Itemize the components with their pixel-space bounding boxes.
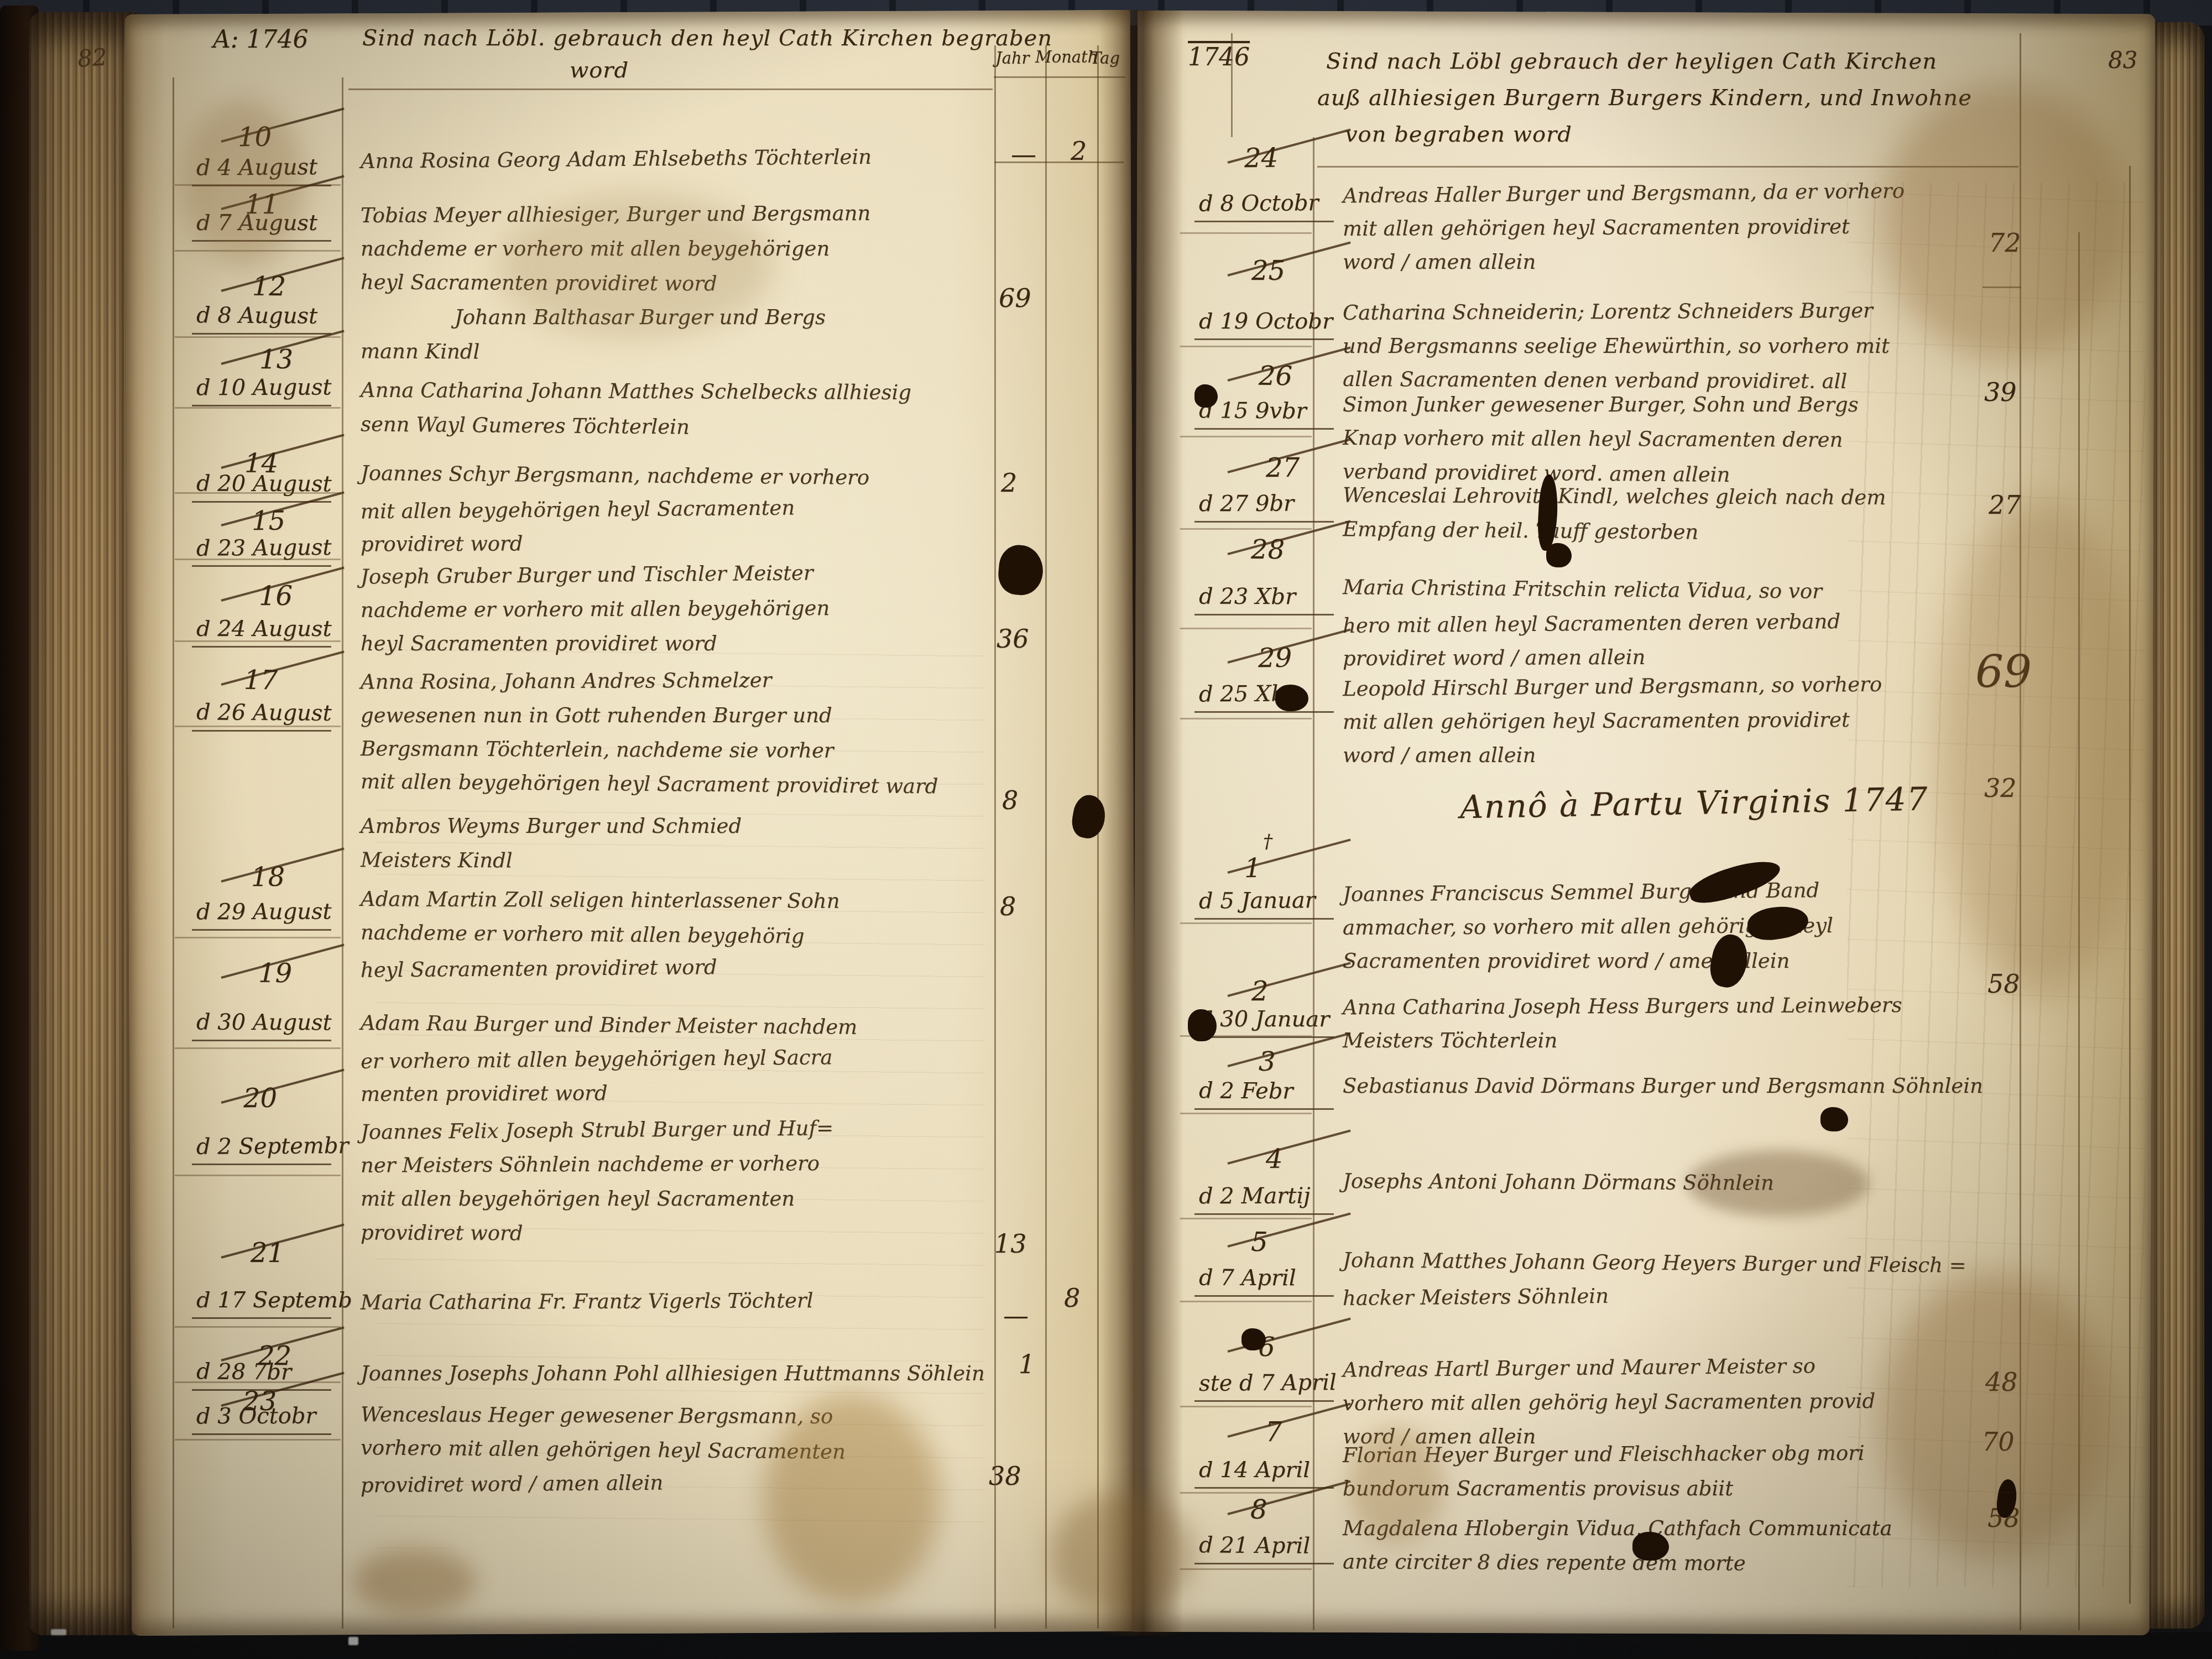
entry-text-line: nachdeme er vorhero mit allen beygehörig…	[361, 237, 830, 260]
manuscript-photo: 82 A: 1746 Sind nach Löbl. gebrauch den …	[0, 0, 2212, 1659]
date-underline	[192, 1164, 331, 1165]
entry-separator	[1180, 1568, 1312, 1570]
ruled-line-horizontal	[348, 88, 993, 90]
entry-date: d 17 Septemb	[196, 1287, 352, 1313]
entry-separator	[175, 492, 341, 494]
entry-text-line: Anna Catharina Johann Matthes Schelbecks…	[361, 378, 911, 404]
entry-text-line: word / amen allein	[1343, 250, 1536, 274]
year-label-left: A: 1746	[213, 25, 309, 54]
ink-blot	[1188, 1009, 1217, 1041]
entry-separator	[175, 1175, 341, 1176]
entry-text-line: Anna Rosina, Johann Andres Schmelzer	[361, 668, 772, 693]
entry-text-line: providiret word	[361, 1220, 523, 1245]
ruled-line-horizontal	[1317, 166, 2018, 168]
entry-text-line: Joseph Gruber Burger und Tischler Meiste…	[361, 561, 813, 588]
entry-separator	[175, 1381, 341, 1383]
chalk-mark	[51, 1629, 66, 1635]
entry-text-line: Joannes Josephs Johann Pohl allhiesigen …	[361, 1361, 985, 1385]
ruled-line-vertical	[2078, 232, 2080, 1630]
ruled-line-horizontal	[994, 76, 1125, 78]
page-number-right: 83	[2108, 46, 2137, 74]
entry-date: d 7 August	[196, 210, 317, 236]
entry-text-line: mit allen gehörigen heyl Sacramenten pro…	[1343, 708, 1850, 734]
age-number: 48	[1985, 1367, 2018, 1397]
entry-text-line: hacker Meisters Söhnlein	[1343, 1284, 1609, 1310]
entry-text-line: allen Sacramenten denen verband providir…	[1343, 367, 1847, 393]
age-number: 32	[1984, 773, 2017, 803]
entry-text-line: providiret word	[361, 531, 523, 556]
entry-text-line: mann Kindl	[361, 340, 480, 364]
age-number: 69	[1975, 646, 2032, 697]
entry-separator	[1180, 436, 1312, 437]
entry-text-line: Knap vorhero mit allen heyl Sacramenten …	[1343, 426, 1843, 452]
entry-number: 24	[1244, 143, 1279, 174]
ruled-line-vertical	[2020, 33, 2021, 1630]
entry-date: d 24 August	[196, 616, 332, 641]
date-underline	[192, 240, 331, 242]
age-number: 1	[1019, 1349, 1035, 1379]
entry-separator	[1180, 346, 1312, 347]
entry-separator	[175, 726, 341, 727]
entry-date: d 23 Xbr	[1199, 584, 1296, 610]
page-number-left: 82	[76, 43, 108, 72]
entry-text-line: Simon Junker gewesener Burger, Sohn und …	[1343, 393, 1859, 416]
age-number: —	[1003, 1301, 1029, 1331]
age-number: 8	[1064, 1283, 1080, 1313]
date-underline	[192, 929, 331, 931]
entry-text-line: mit allen beygehörigen heyl Sacrament pr…	[361, 769, 938, 798]
age-number: 8	[1002, 785, 1018, 815]
entry-separator	[175, 407, 341, 409]
entry-text-line: Empfang der heil. Tauff gestorben	[1343, 517, 1699, 544]
entry-text-line: Maria Christina Fritschin relicta Vidua,…	[1343, 575, 1822, 603]
entry-date: d 23 August	[196, 535, 332, 561]
entry-text-line: nachdeme er vorhero mit allen beygehörig…	[361, 596, 830, 622]
age-number: 36	[997, 624, 1029, 654]
entry-text-line: Wenceslai Lehrovitz Kindl, welches gleic…	[1343, 483, 1886, 509]
ruled-line-vertical	[1313, 137, 1314, 1630]
entry-date: d 8 August	[196, 302, 317, 329]
entry-text-line: mit allen gehörigen heyl Sacramenten pro…	[1343, 215, 1850, 241]
entry-text-line: Anna Catharina Joseph Hess Burgers und L…	[1343, 993, 1902, 1019]
right-header-line3: von begraben word	[1345, 122, 1572, 147]
entry-text-line: Andreas Hartl Burger und Maurer Meister …	[1343, 1354, 1815, 1381]
date-underline	[192, 646, 331, 648]
ruled-line-horizontal	[1983, 286, 2021, 288]
entry-text-line: Ambros Weyms Burger und Schmied	[361, 814, 742, 838]
ruled-line-vertical	[994, 45, 996, 1629]
entry-number: 3	[1259, 1046, 1276, 1077]
entry-text-line: bundorum Sacramentis provisus abiit	[1343, 1477, 1733, 1500]
entry-date: d 21 April	[1199, 1532, 1310, 1558]
entry-separator	[175, 640, 341, 642]
entry-separator	[175, 559, 341, 560]
entry-number: 8	[1250, 1494, 1267, 1525]
entry-text-line: Joannes Felix Joseph Strubl Burger und H…	[361, 1116, 834, 1144]
age-number: 58	[1987, 969, 2020, 999]
ruled-line-vertical	[1097, 45, 1099, 1629]
entry-text-line: Magdalena Hlobergin Vidua, Cathfach Comm…	[1343, 1516, 1892, 1540]
entry-text-line: Joannes Schyr Bergsmann, nachdeme er vor…	[361, 461, 870, 489]
entry-number: 5	[1251, 1227, 1268, 1258]
table-shadow	[0, 1632, 2212, 1659]
chalk-mark	[348, 1637, 358, 1645]
entry-separator	[1180, 1113, 1312, 1114]
entry-separator	[1180, 628, 1312, 629]
entry-text-line: providiret word / amen allein	[361, 1471, 664, 1498]
date-underline	[192, 405, 331, 406]
entry-separator	[175, 937, 341, 938]
entry-text-line: mit allen beygehörigen heyl Sacramenten	[361, 496, 795, 524]
entry-text-line: gewesenen nun in Gott ruhenden Burger un…	[361, 703, 832, 727]
entry-separator	[175, 1047, 341, 1049]
ruled-line-vertical	[342, 77, 343, 1629]
entry-separator	[1180, 528, 1312, 530]
date-underline	[192, 1040, 331, 1041]
entry-separator	[1180, 1218, 1312, 1219]
entry-date: d 2 Martij	[1199, 1183, 1311, 1209]
entry-date: d 3 Octobr	[196, 1404, 316, 1430]
entry-text-line: Tobias Meyer allhiesiger, Burger und Ber…	[361, 201, 871, 227]
ink-blot	[1194, 384, 1218, 408]
entry-date: d 5 Januar	[1199, 888, 1316, 914]
entry-text-line: vorhero mit allen gehörig heyl Sacrament…	[1343, 1389, 1875, 1415]
age-number: 2	[1001, 468, 1017, 498]
ink-blot	[1820, 1107, 1848, 1131]
entry-text-line: menten providiret word	[361, 1081, 608, 1106]
year-label-right: 1746	[1188, 43, 1250, 71]
entry-text-line: Bergsmann Töchterlein, nachdeme sie vorh…	[361, 737, 834, 763]
entry-text-line: Meisters Töchterlein	[1343, 1029, 1557, 1052]
ink-blot	[1546, 543, 1572, 567]
entry-separator	[1180, 922, 1312, 924]
entry-separator	[175, 250, 341, 252]
age-number: 38	[989, 1461, 1021, 1491]
entry-separator	[1180, 232, 1312, 234]
age-number: 13	[994, 1229, 1027, 1259]
entry-text-line: Adam Rau Burger und Binder Meister nachd…	[361, 1011, 858, 1039]
entry-text-line: Adam Martin Zoll seligen hinterlassener …	[361, 887, 840, 913]
entry-text-line: Catharina Schneiderin; Lorentz Schneider…	[1343, 299, 1873, 325]
date-underline	[192, 730, 331, 732]
left-header-line1: Sind nach Löbl. gebrauch den heyl Cath K…	[362, 25, 1052, 51]
entry-separator	[1180, 1492, 1312, 1494]
ink-blot	[1241, 1328, 1266, 1350]
entry-date: ste d 7 April	[1199, 1370, 1337, 1396]
entry-text-line: vorhero mit allen gehörigen heyl Sacrame…	[361, 1436, 846, 1464]
entry-date: d 30 Januar	[1199, 1006, 1329, 1032]
entry-number: 2	[1251, 976, 1269, 1007]
age-number: 39	[1984, 377, 2017, 407]
entry-text-line: nachdeme er vorhero mit allen beygehörig	[361, 920, 805, 948]
entry-text-line: verband providiret word. amen allein	[1343, 460, 1730, 487]
page-edges-left	[29, 12, 137, 1635]
entry-date: d 30 August	[196, 1010, 332, 1036]
entry-text-line: Meisters Kindl	[361, 848, 513, 872]
age-number: 70	[1982, 1427, 2015, 1457]
entry-text-line: Florian Heyer Burger und Fleischhacker o…	[1343, 1441, 1865, 1467]
book-gutter	[1099, 10, 1183, 1636]
entry-date: d 10 August	[196, 375, 332, 401]
entry-date: d 8 Octobr	[1199, 190, 1319, 217]
entry-separator	[1180, 1301, 1312, 1302]
entry-text-line: Anna Rosina Georg Adam Ehlsebeths Töchte…	[361, 145, 872, 173]
entry-date: d 14 April	[1199, 1457, 1310, 1483]
entry-date: d 26 August	[196, 700, 332, 726]
entry-date: d 27 9br	[1199, 491, 1294, 517]
entry-text-line: Johann Balthasar Burger und Bergs	[455, 305, 826, 329]
entry-separator	[175, 1439, 341, 1441]
date-underline	[192, 1433, 331, 1435]
entry-text-line: word / amen allein	[1343, 743, 1536, 767]
entry-text-line: Sebastianus David Dörmans Burger und Ber…	[1343, 1074, 1983, 1098]
date-underline	[192, 565, 331, 567]
entry-cross-mark: †	[1263, 831, 1272, 853]
entry-date: d 2 Febr	[1199, 1078, 1293, 1104]
left-col-header-tag: Tag	[1091, 49, 1120, 67]
entry-separator	[175, 1326, 341, 1328]
ruled-line-vertical	[2129, 166, 2131, 1604]
page-edges-right	[2149, 22, 2204, 1629]
left-col-header-jahr: Jahr	[995, 49, 1029, 67]
entry-text-line: providiret word / amen allein	[1343, 645, 1646, 670]
entry-date: d 29 August	[196, 899, 332, 925]
right-header-line2: auß allhiesigen Burgern Burgers Kindern,…	[1317, 85, 1972, 111]
age-number: 8	[1000, 891, 1016, 921]
entry-text-line: Wenceslaus Heger gewesener Bergsmann, so	[361, 1402, 833, 1428]
ruled-line-horizontal	[994, 161, 1124, 163]
ruled-line-vertical	[173, 77, 174, 1629]
ruled-line-vertical	[1045, 45, 1047, 1629]
ink-blot	[1275, 685, 1308, 711]
entry-text-line: senn Wayl Gumeres Töchterlein	[361, 412, 690, 439]
age-number: 69	[999, 283, 1031, 313]
entry-text-line: ante circiter 8 dies repente dem morte	[1343, 1550, 1746, 1575]
entry-text-line: Leopold Hirschl Burger und Bergsmann, so…	[1343, 672, 1882, 701]
left-header-line2: word	[570, 58, 629, 83]
age-number: 27	[1989, 490, 2021, 520]
entry-text-line: hero mit allen heyl Sacramenten deren ve…	[1343, 609, 1840, 638]
entry-text-line: Josephs Antoni Johann Dörmans Söhnlein	[1343, 1169, 1774, 1194]
entry-text-line: mit allen beygehörigen heyl Sacramenten	[361, 1187, 795, 1211]
entry-text-line: und Bergsmanns seelige Ehewürthin, so vo…	[1343, 334, 1890, 358]
date-underline	[192, 1317, 331, 1319]
entry-text-line: ner Meisters Söhnlein nachdeme er vorher…	[361, 1151, 820, 1177]
entry-text-line: heyl Sacramenten providiret word	[361, 955, 717, 982]
entry-date: d 7 April	[1199, 1265, 1296, 1291]
entry-text-line: heyl Sacramenten providiret word	[361, 632, 717, 655]
entry-text-line: heyl Sacramenten providiret word	[361, 270, 717, 296]
ruled-line-vertical	[1231, 33, 1233, 137]
entry-number: 10	[238, 122, 272, 153]
entry-text-line: Maria Catharina Fr. Frantz Vigerls Töcht…	[361, 1288, 813, 1314]
right-header-line1: Sind nach Löbl gebrauch der heyligen Cat…	[1326, 49, 1937, 74]
entry-text-line: er vorhero mit allen beygehörigen heyl S…	[361, 1045, 833, 1073]
entry-separator	[1180, 718, 1312, 719]
age-number: —	[1011, 139, 1036, 169]
entry-separator	[1180, 1406, 1312, 1407]
entry-date: d 2 Septembr	[196, 1133, 349, 1160]
entry-text-line: Andreas Haller Burger und Bergsmann, da …	[1343, 179, 1905, 208]
entry-date: d 4 August	[196, 154, 317, 181]
ink-blot	[1632, 1532, 1669, 1561]
date-underline	[192, 333, 331, 335]
age-number: 72	[1989, 228, 2021, 258]
